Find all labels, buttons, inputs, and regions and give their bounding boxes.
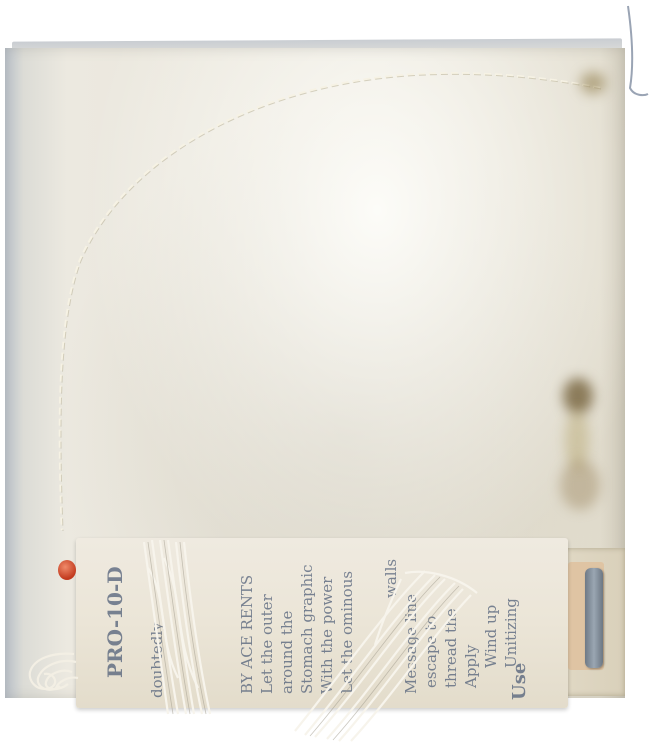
string-binding-right xyxy=(285,565,485,745)
text-line: BY ACE RENTS xyxy=(238,575,257,694)
text-line: PRO-10-D xyxy=(106,566,125,678)
red-bead xyxy=(58,560,76,580)
thread-loop xyxy=(620,4,650,98)
text-line: Use xyxy=(510,663,529,700)
stain-lower xyxy=(560,460,600,510)
stain-dark xyxy=(563,378,593,414)
metal-clip xyxy=(585,568,603,668)
photo-scene: Use Unitizing Wind up Apply thread the e… xyxy=(0,0,651,746)
text-line: Let the outer xyxy=(258,594,277,694)
stain-corner xyxy=(580,72,606,94)
string-tassel xyxy=(24,648,80,696)
string-binding-left xyxy=(138,538,218,718)
text-line: Unitizing xyxy=(502,598,521,668)
